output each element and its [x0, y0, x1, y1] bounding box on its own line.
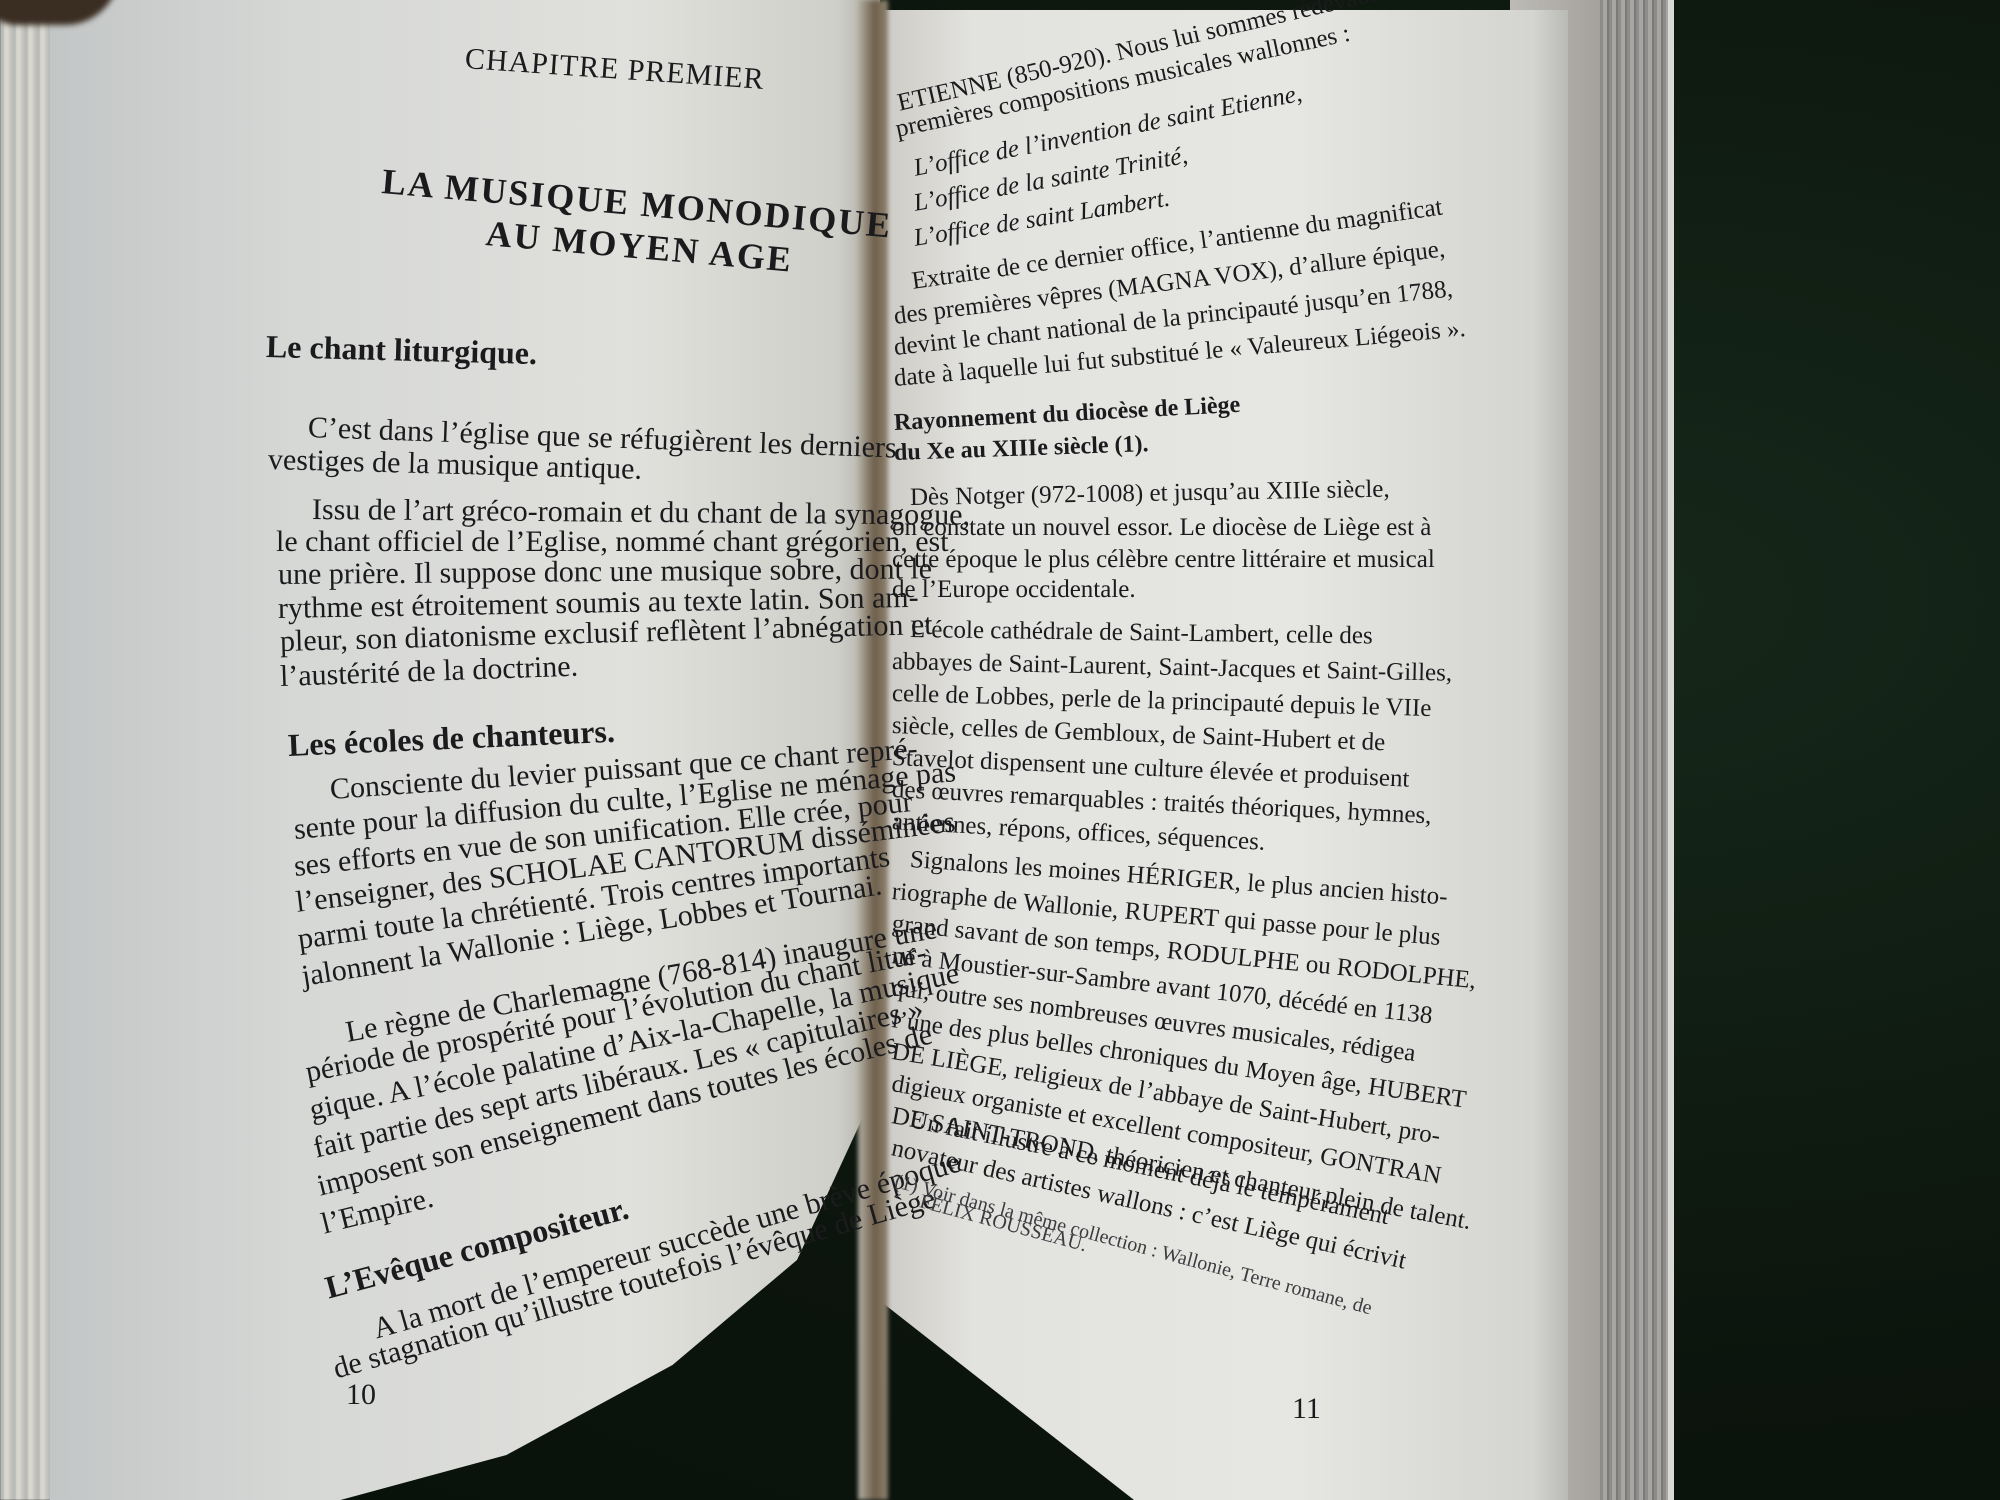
- text-line: on constate un nouvel essor. Le diocèse …: [892, 514, 1431, 541]
- page-number-right: 11: [1292, 1392, 1321, 1426]
- section-heading: Le chant liturgique.: [266, 328, 538, 372]
- right-page-block-edge: [1600, 0, 1674, 1500]
- page-number-left: 10: [346, 1378, 376, 1412]
- text-line: cette époque le plus célèbre centre litt…: [892, 546, 1435, 573]
- text-line: de l’Europe occidentale.: [892, 576, 1136, 603]
